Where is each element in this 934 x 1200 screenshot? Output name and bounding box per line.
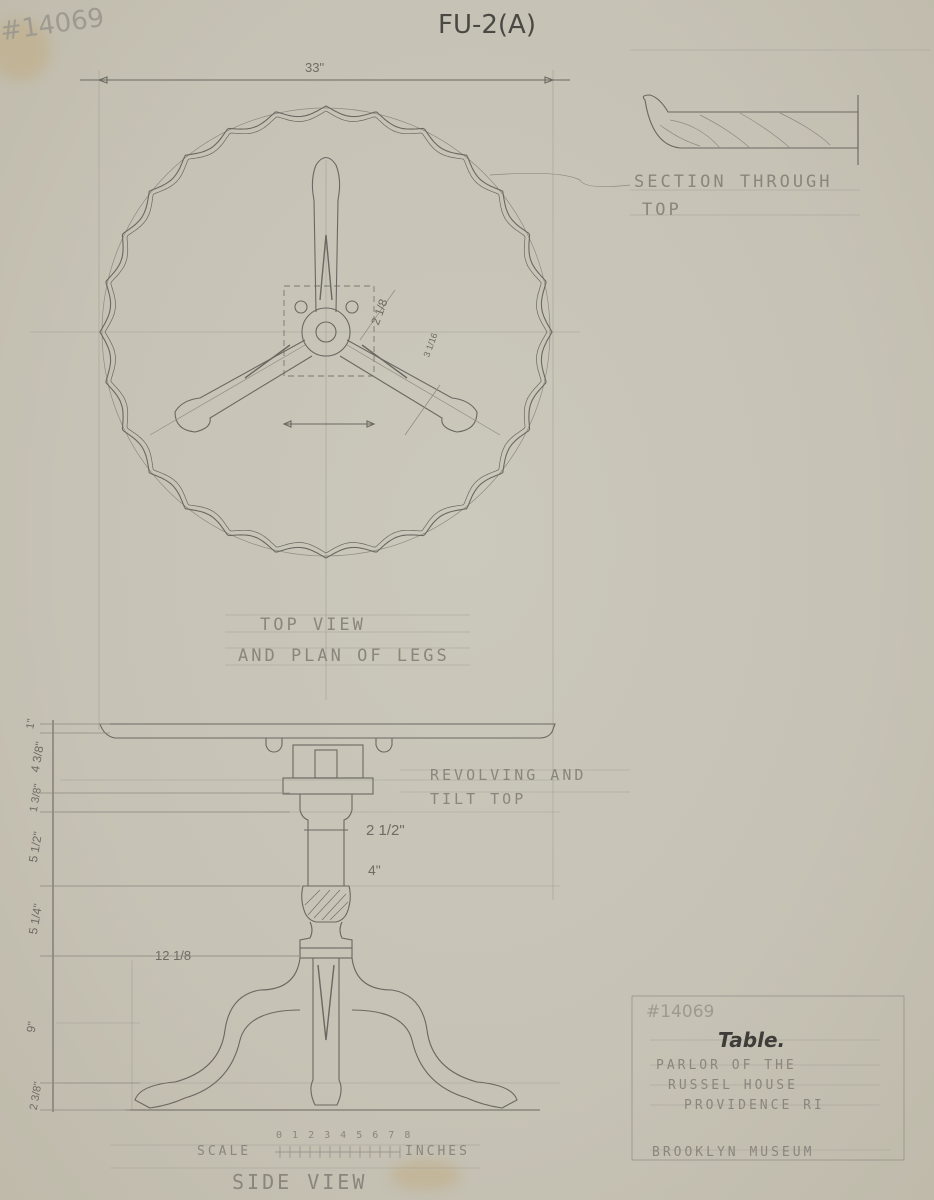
vertical-dimension-chain: [40, 720, 300, 1112]
scale-unit: INCHES: [405, 1144, 470, 1159]
title-block-location-1: PARLOR OF THE: [656, 1058, 797, 1073]
side-view-label: SIDE VIEW: [232, 1170, 367, 1194]
title-block-institution: BROOKLYN MUSEUM: [652, 1145, 814, 1160]
dim-1: 1": [24, 718, 38, 730]
scale-bar: [275, 1146, 400, 1158]
title-block-number: #14069: [646, 1002, 714, 1022]
tilt-top-callout: TILT TOP: [430, 790, 526, 808]
overall-width-label: 33": [305, 60, 324, 75]
title-block-location-3: PROVIDENCE RI: [684, 1098, 825, 1113]
section-label: SECTION THROUGH: [634, 172, 833, 192]
sheet-code: FU-2(A): [438, 10, 536, 40]
title-block-object: Table.: [718, 1028, 785, 1052]
tripod-legs-plan: [150, 158, 500, 436]
column-dimension: 2 1/2": [366, 822, 405, 839]
dim-6: 9": [24, 1020, 40, 1033]
overall-width-dimension: [80, 77, 570, 83]
leg-spread-dimension: 12 1/8: [155, 948, 191, 963]
title-block-location-2: RUSSEL HOUSE: [668, 1078, 798, 1093]
urn-dimension: 4": [368, 862, 381, 878]
top-view-label: TOP VIEW: [260, 615, 366, 635]
top-view-sublabel: AND PLAN OF LEGS: [238, 646, 450, 666]
scale-ticks-label: 0 1 2 3 4 5 6 7 8: [276, 1130, 412, 1141]
drawing-sheet: #14069 FU-2(A) 33" 2 1/8 3 1/16 TOP VIEW…: [0, 0, 934, 1200]
construction-guides: [30, 50, 930, 1168]
revolving-callout: REVOLVING AND: [430, 766, 586, 784]
scale-label: SCALE: [197, 1144, 251, 1159]
section-sublabel: TOP: [642, 200, 682, 220]
